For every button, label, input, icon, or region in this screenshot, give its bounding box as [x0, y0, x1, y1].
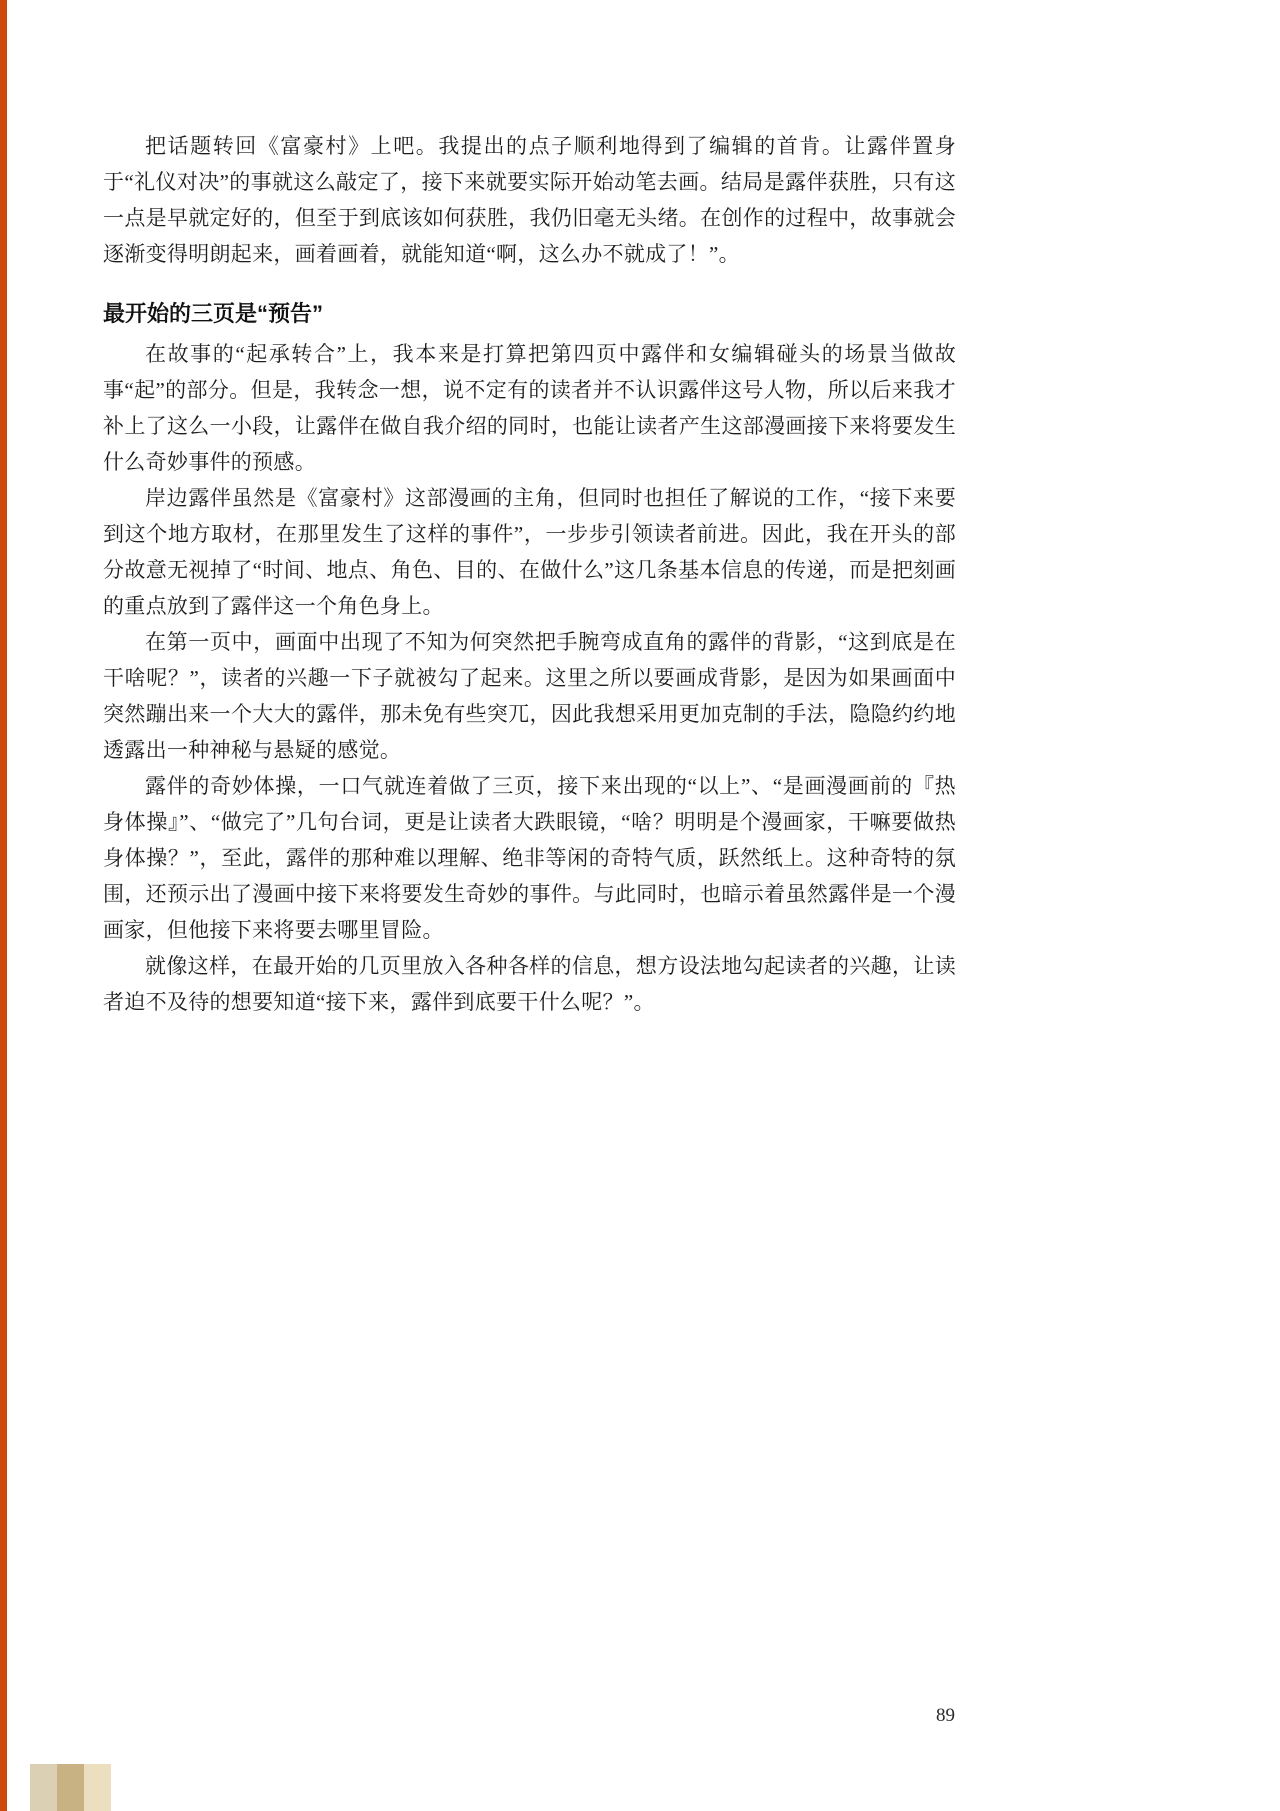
footer-block-cream — [84, 1764, 111, 1811]
spine-accent-bar — [0, 0, 7, 1811]
section-paragraph-2: 岸边露伴虽然是《富豪村》这部漫画的主角，但同时也担任了解说的工作，“接下来要到这… — [103, 480, 956, 624]
footer-block-tan — [57, 1764, 84, 1811]
section-heading: 最开始的三页是“预告” — [103, 299, 956, 329]
footer-block-beige — [30, 1764, 57, 1811]
footer-color-blocks — [30, 1764, 111, 1811]
section-paragraph-5: 就像这样，在最开始的几页里放入各种各样的信息，想方设法地勾起读者的兴趣，让读者迫… — [103, 948, 956, 1020]
page-number: 89 — [915, 1705, 955, 1727]
section-paragraph-1: 在故事的“起承转合”上，我本来是打算把第四页中露伴和女编辑碰头的场景当做故事“起… — [103, 336, 956, 480]
article-text-block: 把话题转回《富豪村》上吧。我提出的点子顺利地得到了编辑的首肯。让露伴置身于“礼仪… — [103, 128, 956, 1020]
section-paragraph-3: 在第一页中，画面中出现了不知为何突然把手腕弯成直角的露伴的背影，“这到底是在干啥… — [103, 624, 956, 768]
intro-paragraph: 把话题转回《富豪村》上吧。我提出的点子顺利地得到了编辑的首肯。让露伴置身于“礼仪… — [103, 128, 956, 272]
section-paragraph-4: 露伴的奇妙体操，一口气就连着做了三页，接下来出现的“以上”、“是画漫画前的『热身… — [103, 768, 956, 948]
